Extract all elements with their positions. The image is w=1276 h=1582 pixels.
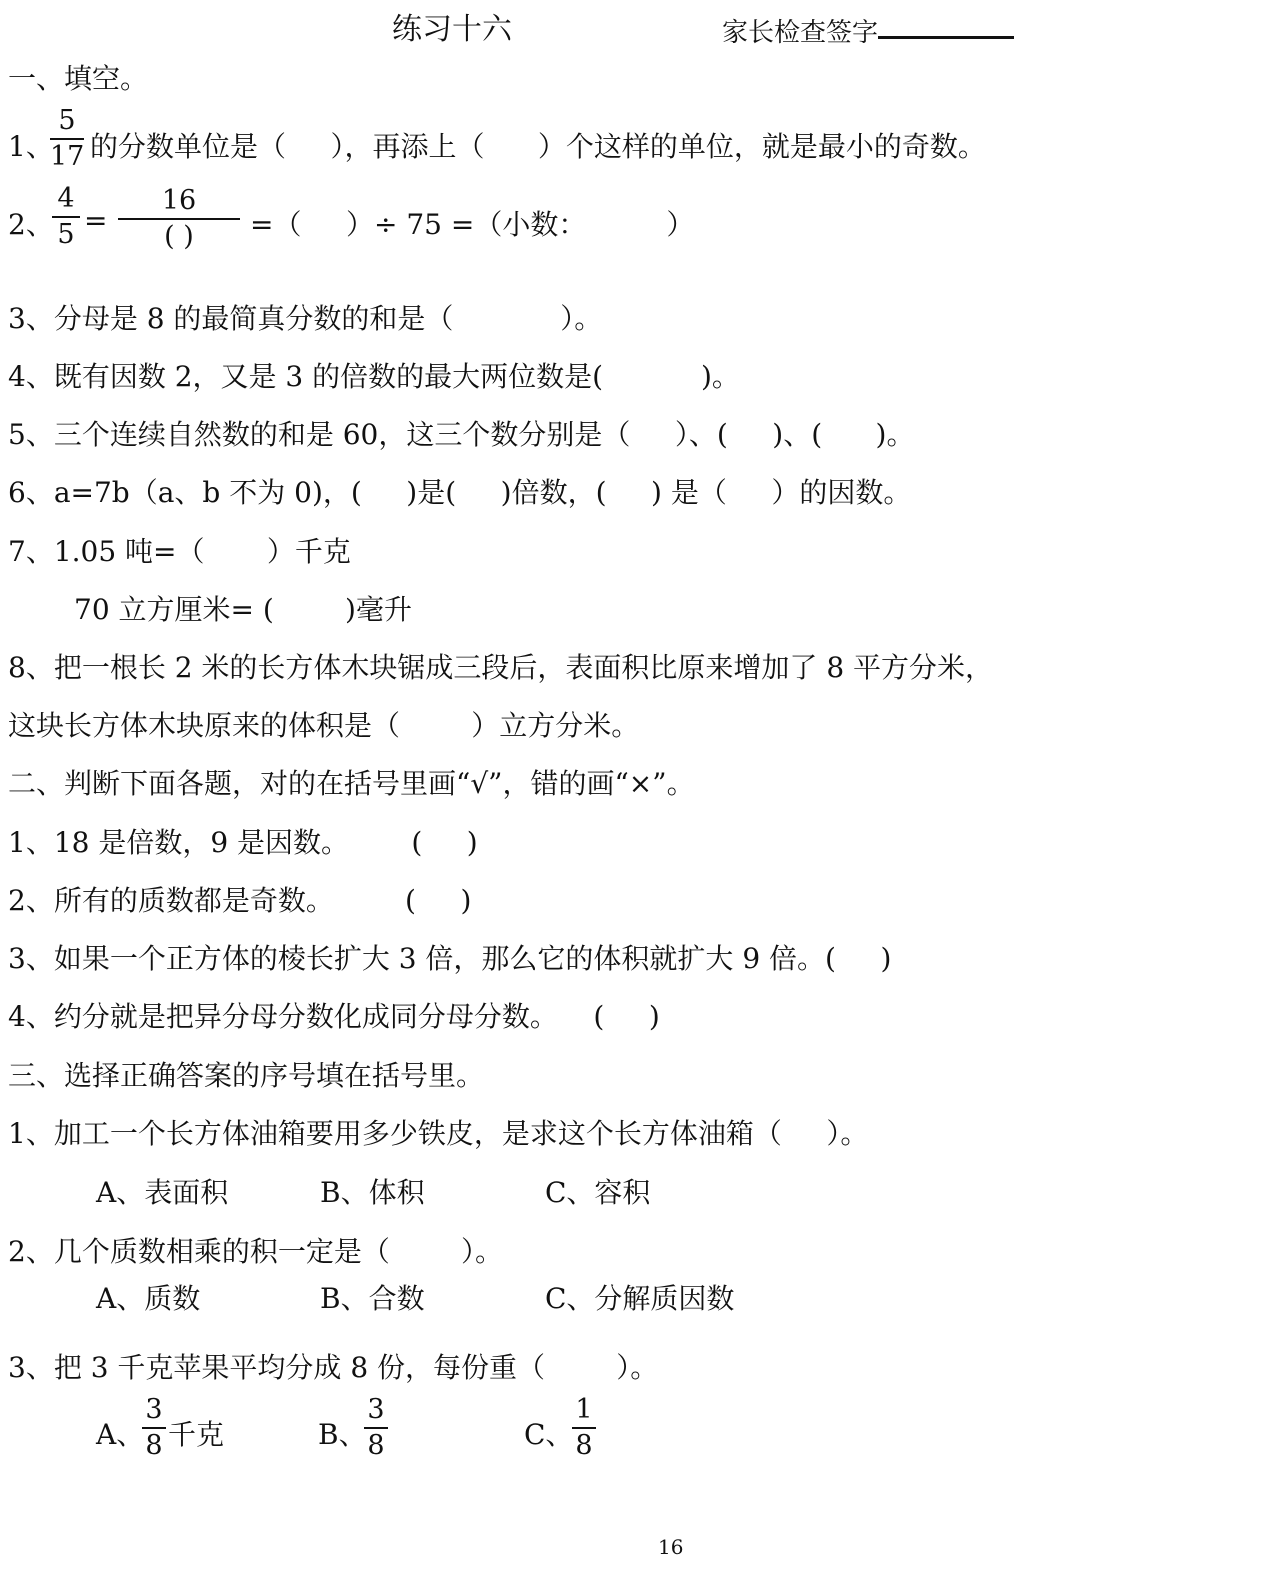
signature-label: 家长检查签字 bbox=[722, 12, 878, 49]
q2-equals: = bbox=[84, 204, 107, 238]
judge-item: 2、所有的质数都是奇数。 ( ) bbox=[8, 884, 471, 918]
section1-heading: 一、填空。 bbox=[8, 62, 148, 96]
judge-item: 4、约分就是把异分母分数化成同分母分数。 ( ) bbox=[8, 1000, 660, 1034]
frac-denominator: 17 bbox=[50, 142, 84, 172]
judge-item: 3、如果一个正方体的棱长扩大 3 倍，那么它的体积就扩大 9 倍。( ) bbox=[8, 942, 891, 976]
q5: 5、三个连续自然数的和是 60，这三个数分别是（ ）、( )、( )。 bbox=[8, 418, 914, 452]
q1-prefix: 1、 bbox=[8, 130, 54, 164]
q7a: 7、1.05 吨=（ ）千克 bbox=[8, 535, 351, 569]
option: C、分解质因数 bbox=[545, 1282, 734, 1316]
judge-item: 1、18 是倍数，9 是因数。 ( ) bbox=[8, 826, 478, 860]
frac-numerator: 5 bbox=[50, 106, 84, 136]
option: A、质数 bbox=[96, 1282, 200, 1316]
option-b-fraction: 3 8 bbox=[364, 1395, 388, 1461]
q4: 4、既有因数 2，又是 3 的倍数的最大两位数是( )。 bbox=[8, 360, 740, 394]
option: B、合数 bbox=[320, 1282, 425, 1316]
q2-fraction1: 4 5 bbox=[52, 184, 80, 250]
option-c-fraction: 1 8 bbox=[572, 1395, 596, 1461]
option-a-fraction: 3 8 bbox=[142, 1395, 166, 1461]
section2-heading: 二、判断下面各题，对的在括号里画“√”，错的画“×”。 bbox=[8, 767, 695, 801]
option: C、容积 bbox=[545, 1176, 650, 1210]
choice-q2: 2、几个质数相乘的积一定是（ ）。 bbox=[8, 1235, 503, 1269]
page-number: 16 bbox=[658, 1535, 683, 1559]
q8a: 8、把一根长 2 米的长方体木块锯成三段后，表面积比原来增加了 8 平方分米， bbox=[8, 651, 993, 685]
option: A、表面积 bbox=[96, 1176, 228, 1210]
q2-prefix: 2、 bbox=[8, 208, 54, 242]
option-a-label: A、 bbox=[96, 1418, 144, 1452]
q2-fraction2: 16 ( ) bbox=[118, 186, 240, 252]
q3: 3、分母是 8 的最简真分数的和是（ ）。 bbox=[8, 302, 602, 336]
signature-line[interactable] bbox=[878, 36, 1014, 39]
option-a-suffix: 千克 bbox=[168, 1418, 224, 1452]
option: B、体积 bbox=[320, 1176, 425, 1210]
q2-text: =（ ）÷ 75 =（小数： ） bbox=[250, 208, 694, 242]
q1-text: 的分数单位是（ ），再添上（ ）个这样的单位，就是最小的奇数。 bbox=[90, 130, 986, 164]
q1-fraction: 5 17 bbox=[50, 106, 84, 172]
q7b: 70 立方厘米= ( )毫升 bbox=[74, 593, 412, 627]
q8b: 这块长方体木块原来的体积是（ ）立方分米。 bbox=[8, 709, 639, 743]
frac-bar bbox=[50, 138, 84, 140]
option-b-label: B、 bbox=[318, 1418, 367, 1452]
choice-q3: 3、把 3 千克苹果平均分成 8 份，每份重（ ）。 bbox=[8, 1351, 658, 1385]
page-title: 练习十六 bbox=[392, 4, 512, 48]
q6: 6、a=7b（a、b 不为 0)，( )是( )倍数，( ) 是（ ）的因数。 bbox=[8, 476, 911, 510]
section3-heading: 三、选择正确答案的序号填在括号里。 bbox=[8, 1059, 484, 1093]
option-c-label: C、 bbox=[524, 1418, 573, 1452]
choice-q1: 1、加工一个长方体油箱要用多少铁皮，是求这个长方体油箱（ ）。 bbox=[8, 1117, 868, 1151]
